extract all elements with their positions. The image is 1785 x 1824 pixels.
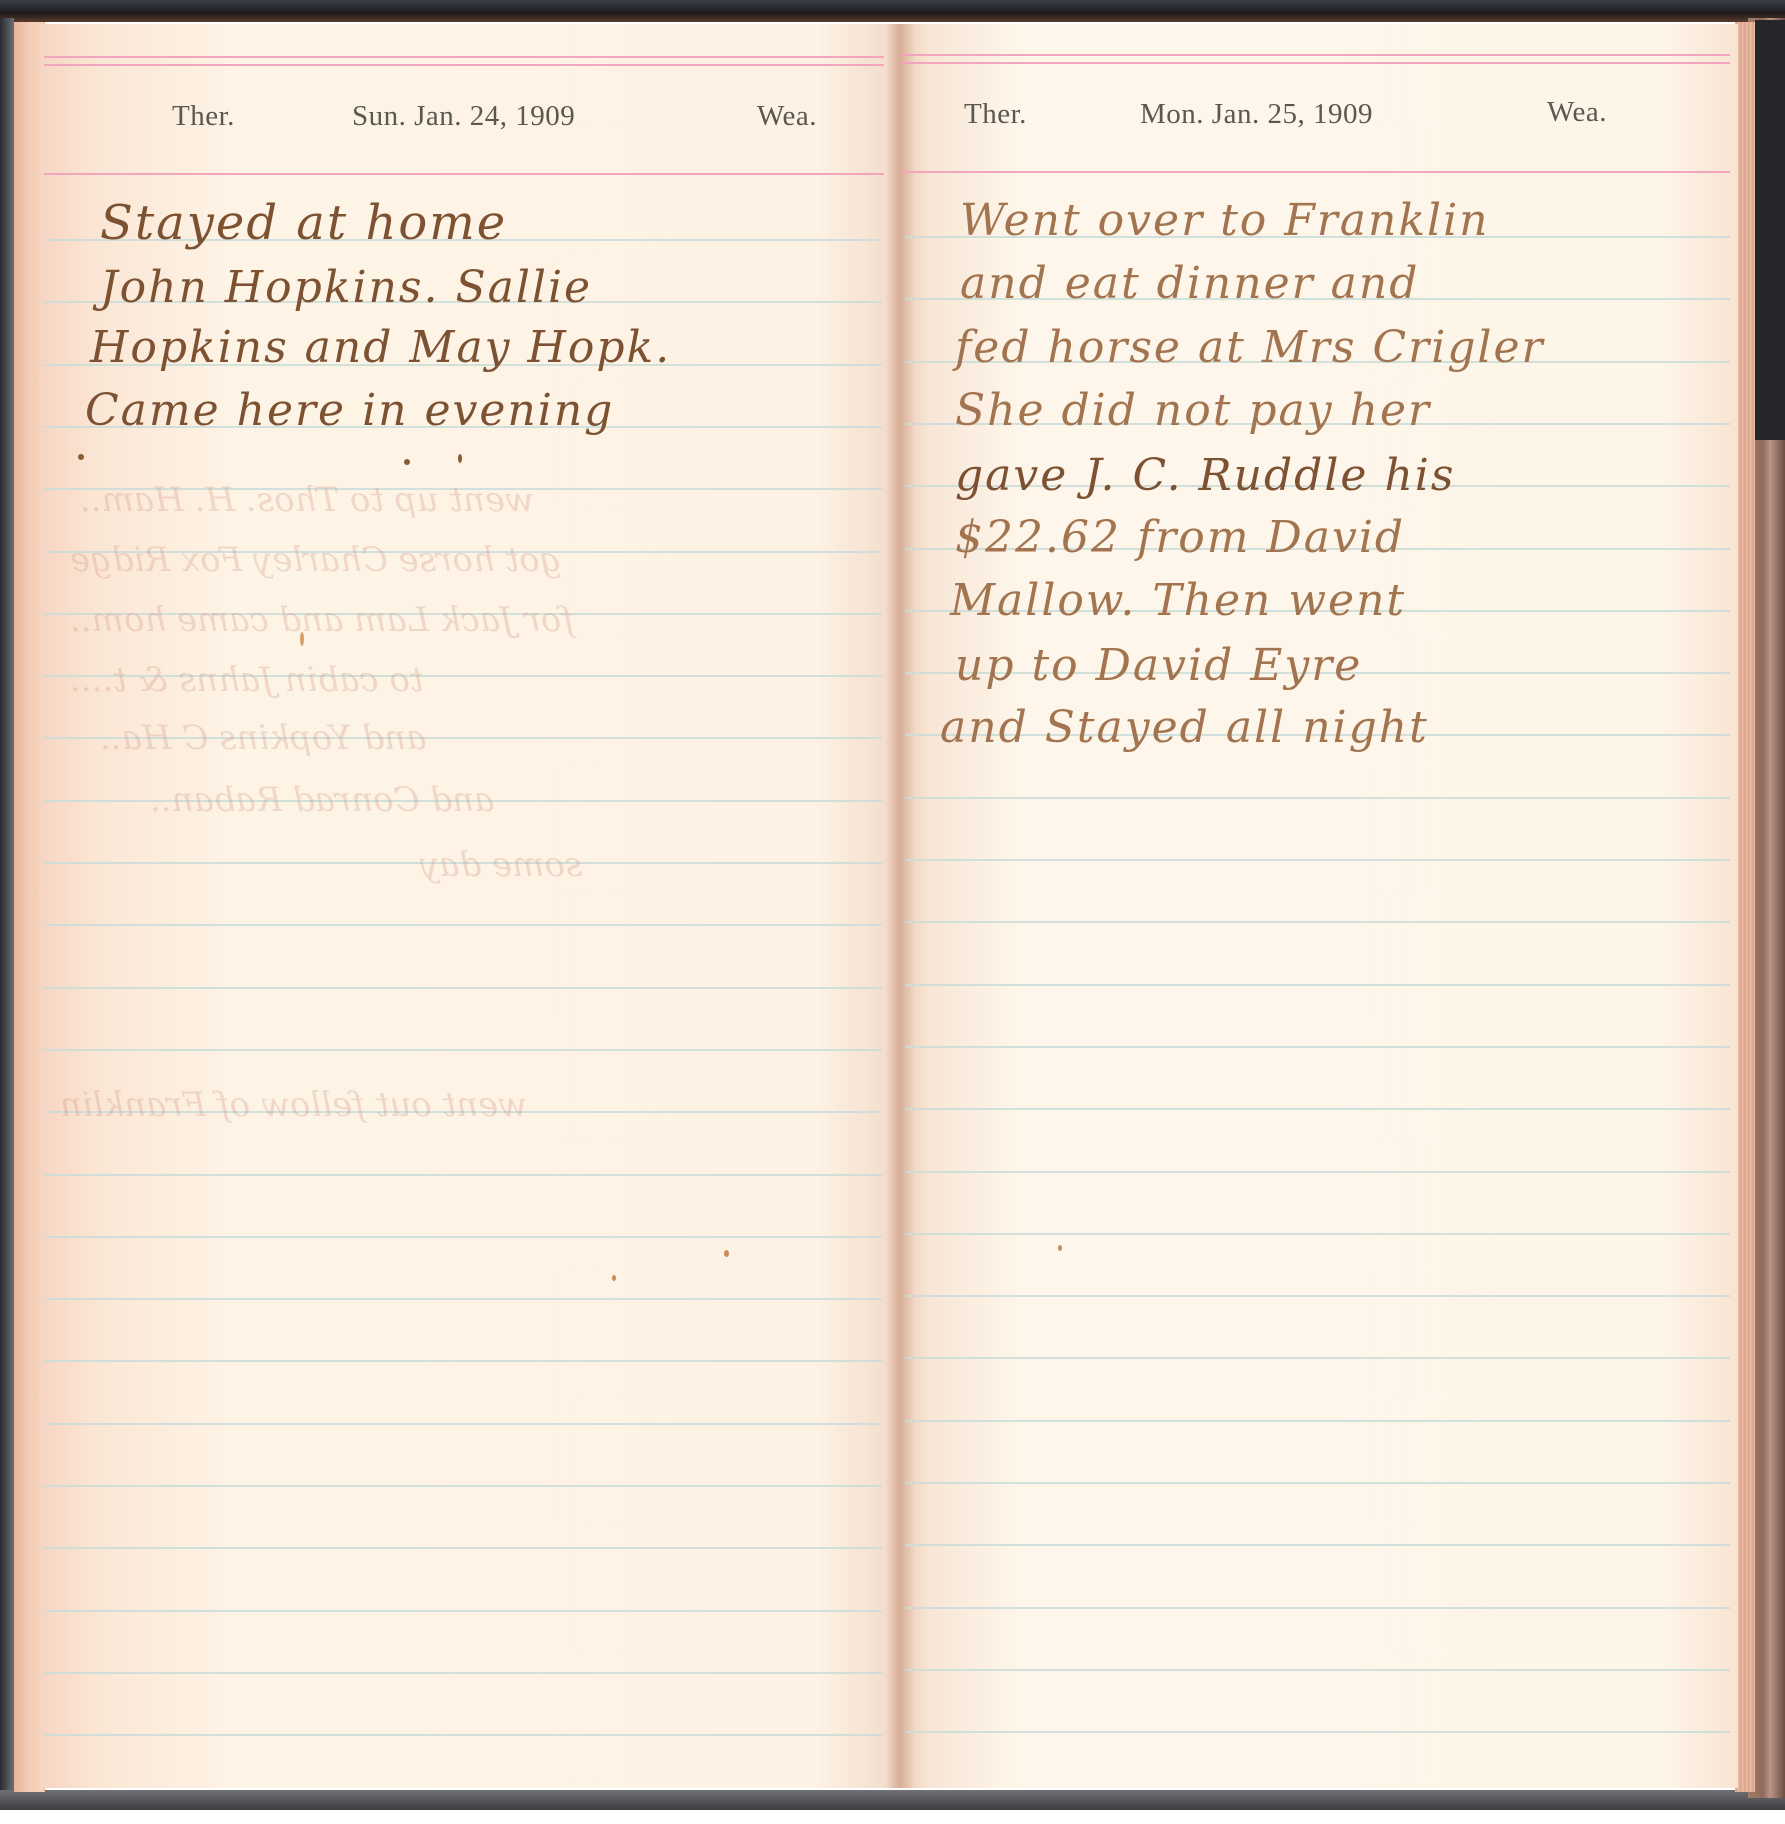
entry-line: and Stayed all night (940, 702, 1429, 753)
pink-rule-header-right (900, 171, 1730, 173)
entry-line: Went over to Franklin (960, 195, 1490, 246)
entry-line: and eat dinner and (960, 258, 1419, 309)
book-cover-left-edge (0, 18, 14, 1808)
bleed-through-line: to cabin Jahns & t.... (70, 660, 424, 700)
pink-rule-top-left (44, 56, 884, 58)
rule-line-right (905, 1731, 1730, 1733)
rule-line-left (44, 1610, 882, 1612)
rule-line-right (905, 984, 1730, 986)
bleed-through-line: and Conrad Raban.. (150, 780, 494, 820)
book-cover-top-edge (0, 0, 1785, 22)
entry-line: $22.62 from David (955, 512, 1405, 563)
pink-rule-top-right (900, 54, 1730, 56)
ink-spot (78, 454, 84, 460)
bleed-through-line: some day (420, 845, 582, 885)
left-wea-label: Wea. (757, 100, 817, 133)
entry-line: Stayed at home (100, 195, 507, 251)
rule-line-left (44, 1423, 882, 1425)
rule-line-left (44, 1174, 882, 1176)
page-stack-right (1735, 22, 1755, 1792)
rule-line-left (44, 1049, 882, 1051)
entry-line: gave J. C. Ruddle his (955, 450, 1455, 501)
rule-line-right (905, 1108, 1730, 1110)
ink-spot (612, 1275, 616, 1281)
right-ther-label: Ther. (964, 98, 1027, 131)
bleed-through-line: for Jack Lam and came hom.. (70, 600, 574, 640)
rule-line-right (905, 1357, 1730, 1359)
book-gutter (885, 24, 915, 1788)
book-cover-bottom-edge (0, 1790, 1785, 1810)
ink-spot (724, 1250, 729, 1257)
rule-line-right (905, 1295, 1730, 1297)
rule-line-right (905, 1233, 1730, 1235)
rule-line-right (905, 797, 1730, 799)
rule-line-right (905, 921, 1730, 923)
rule-line-left (44, 1672, 882, 1674)
right-date-label: Mon. Jan. 25, 1909 (1140, 98, 1373, 131)
entry-line: John Hopkins. Sallie (100, 262, 592, 313)
rule-line-right (905, 1171, 1730, 1173)
entry-line: Came here in evening (85, 385, 614, 436)
right-wea-label: Wea. (1547, 96, 1607, 129)
entry-line: Mallow. Then went (950, 575, 1406, 626)
entry-line: up to David Eyre (955, 640, 1362, 691)
rule-line-right (905, 1669, 1730, 1671)
rule-line-left (44, 1734, 882, 1736)
bleed-through-line: and Yopkins C Ha.. (100, 718, 426, 758)
entry-line: fed horse at Mrs Crigler (955, 322, 1545, 373)
rule-line-left (44, 1547, 882, 1549)
bleed-through-line: went up to Thos. H. Ham.. (80, 480, 534, 520)
rule-line-left (44, 1298, 882, 1300)
bleed-through-line: got horse Charley Fox Ridge (70, 540, 561, 580)
book-cover-right-dark (1755, 20, 1785, 440)
rule-line-right (905, 1607, 1730, 1609)
rule-line-left (44, 1236, 882, 1238)
bleed-through-line: went out fellow of Franklin (60, 1085, 527, 1125)
ink-spot (300, 632, 304, 646)
diary-scan: Ther. Sun. Jan. 24, 1909 Wea. Ther. Mon.… (0, 0, 1785, 1824)
pink-rule-top-right-2 (900, 62, 1730, 64)
pink-rule-header-left (44, 173, 884, 175)
left-ther-label: Ther. (172, 100, 235, 133)
rule-line-right (905, 859, 1730, 861)
rule-line-right (905, 1482, 1730, 1484)
entry-line: Hopkins and May Hopk. (90, 322, 671, 373)
rule-line-right (905, 1420, 1730, 1422)
rule-line-right (905, 1544, 1730, 1546)
rule-line-left (44, 1485, 882, 1487)
rule-line-right (905, 1046, 1730, 1048)
ink-spot (404, 459, 410, 465)
rule-line-left (44, 987, 882, 989)
rule-line-left (44, 1360, 882, 1362)
ink-spot (1058, 1245, 1062, 1251)
left-date-label: Sun. Jan. 24, 1909 (352, 100, 575, 133)
ink-spot (458, 454, 462, 463)
entry-line: She did not pay her (955, 385, 1431, 436)
rule-line-left (44, 924, 882, 926)
pink-rule-top-left-2 (44, 64, 884, 66)
